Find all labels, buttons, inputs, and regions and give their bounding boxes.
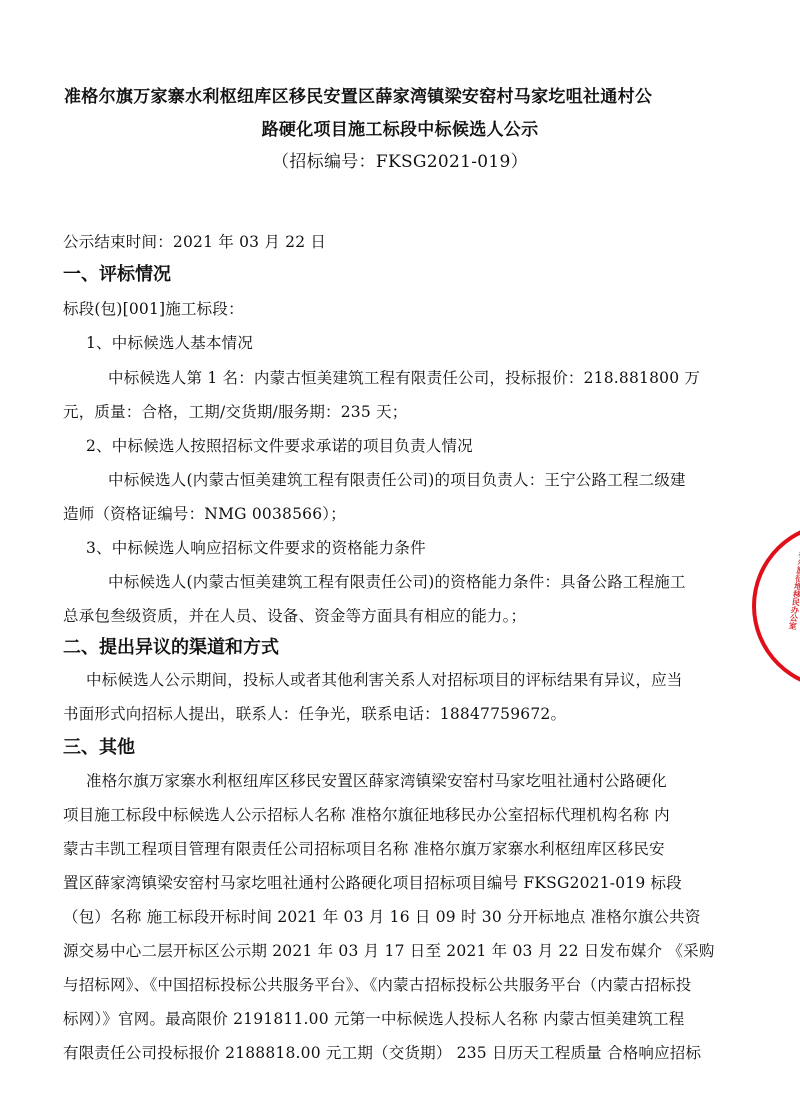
document-title-line-2: 路硬化项目施工标段中标候选人公示 <box>0 119 800 141</box>
section-3-line: 有限责任公司投标报价 2188818.00 元工期（交货期） 235 日历天工程… <box>63 1043 701 1063</box>
item-3-text-line-1: 中标候选人(内蒙古恒美建筑工程有限责任公司)的资格能力条件：具备公路工程施工 <box>108 572 686 592</box>
document-page: 准格尔旗万家寨水利枢纽库区移民安置区薛家湾镇梁安窑村马家圪咀社通村公 路硬化项目… <box>0 0 800 1114</box>
section-3-line: 源交易中心二层开标区公示期 2021 年 03 月 17 日至 2021 年 0… <box>63 941 715 961</box>
section-2-text-line-1: 中标候选人公示期间，投标人或者其他利害关系人对招标项目的评标结果有异议，应当 <box>86 670 683 690</box>
document-title-line-1: 准格尔旗万家寨水利枢纽库区移民安置区薛家湾镇梁安窑村马家圪咀社通村公 <box>64 86 652 108</box>
tender-number: （招标编号：FKSG2021-019） <box>0 151 800 173</box>
item-1-text-line-1: 中标候选人第 1 名：内蒙古恒美建筑工程有限责任公司，投标报价：218.8818… <box>108 368 700 388</box>
item-3-heading: 3、中标候选人响应招标文件要求的资格能力条件 <box>86 538 426 558</box>
section-3-line: （包）名称 施工标段开标时间 2021 年 03 月 16 日 09 时 30 … <box>63 907 701 927</box>
item-2-text-line-1: 中标候选人(内蒙古恒美建筑工程有限责任公司)的项目负责人：王宁公路工程二级建 <box>108 470 686 490</box>
section-3-heading: 三、其他 <box>63 737 135 759</box>
section-3-line: 标网）》官网。最高限价 2191811.00 元第一中标候选人投标人名称 内蒙古… <box>63 1009 684 1029</box>
section-1-heading: 一、评标情况 <box>63 264 171 286</box>
package-label: 标段(包)[001]施工标段： <box>63 299 244 319</box>
section-2-text-line-2: 书面形式向招标人提出，联系人：任争光，联系电话：18847759672。 <box>63 704 566 724</box>
section-3-line: 蒙古丰凯工程项目管理有限责任公司招标项目名称 准格尔旗万家寨水利枢纽库区移民安 <box>63 839 665 859</box>
section-3-line: 与招标网》、《中国招标投标公共服务平台》、《内蒙古招标投标公共服务平台（内蒙古招… <box>63 975 691 995</box>
item-1-text-line-2: 元，质量：合格，工期/交货期/服务期：235 天； <box>63 402 407 422</box>
item-2-heading: 2、中标候选人按照招标文件要求承诺的项目负责人情况 <box>86 436 473 456</box>
section-3-line: 置区薛家湾镇梁安窑村马家圪咀社通村公路硬化项目招标项目编号 FKSG2021-0… <box>63 873 682 893</box>
section-3-line: 项目施工标段中标候选人公示招标人名称 准格尔旗征地移民办公室招标代理机构名称 内 <box>63 805 670 825</box>
publicity-end-time: 公示结束时间：2021 年 03 月 22 日 <box>63 232 326 252</box>
item-2-text-line-2: 造师（资格证编号：NMG 0038566）； <box>63 504 346 524</box>
section-3-line: 准格尔旗万家寨水利枢纽库区移民安置区薛家湾镇梁安窑村马家圪咀社通村公路硬化 <box>86 771 667 791</box>
section-2-heading: 二、提出异议的渠道和方式 <box>63 637 279 659</box>
item-1-heading: 1、中标候选人基本情况 <box>86 333 253 353</box>
item-3-text-line-2: 总承包叁级资质，并在人员、设备、资金等方面具有相应的能力。； <box>63 606 526 626</box>
